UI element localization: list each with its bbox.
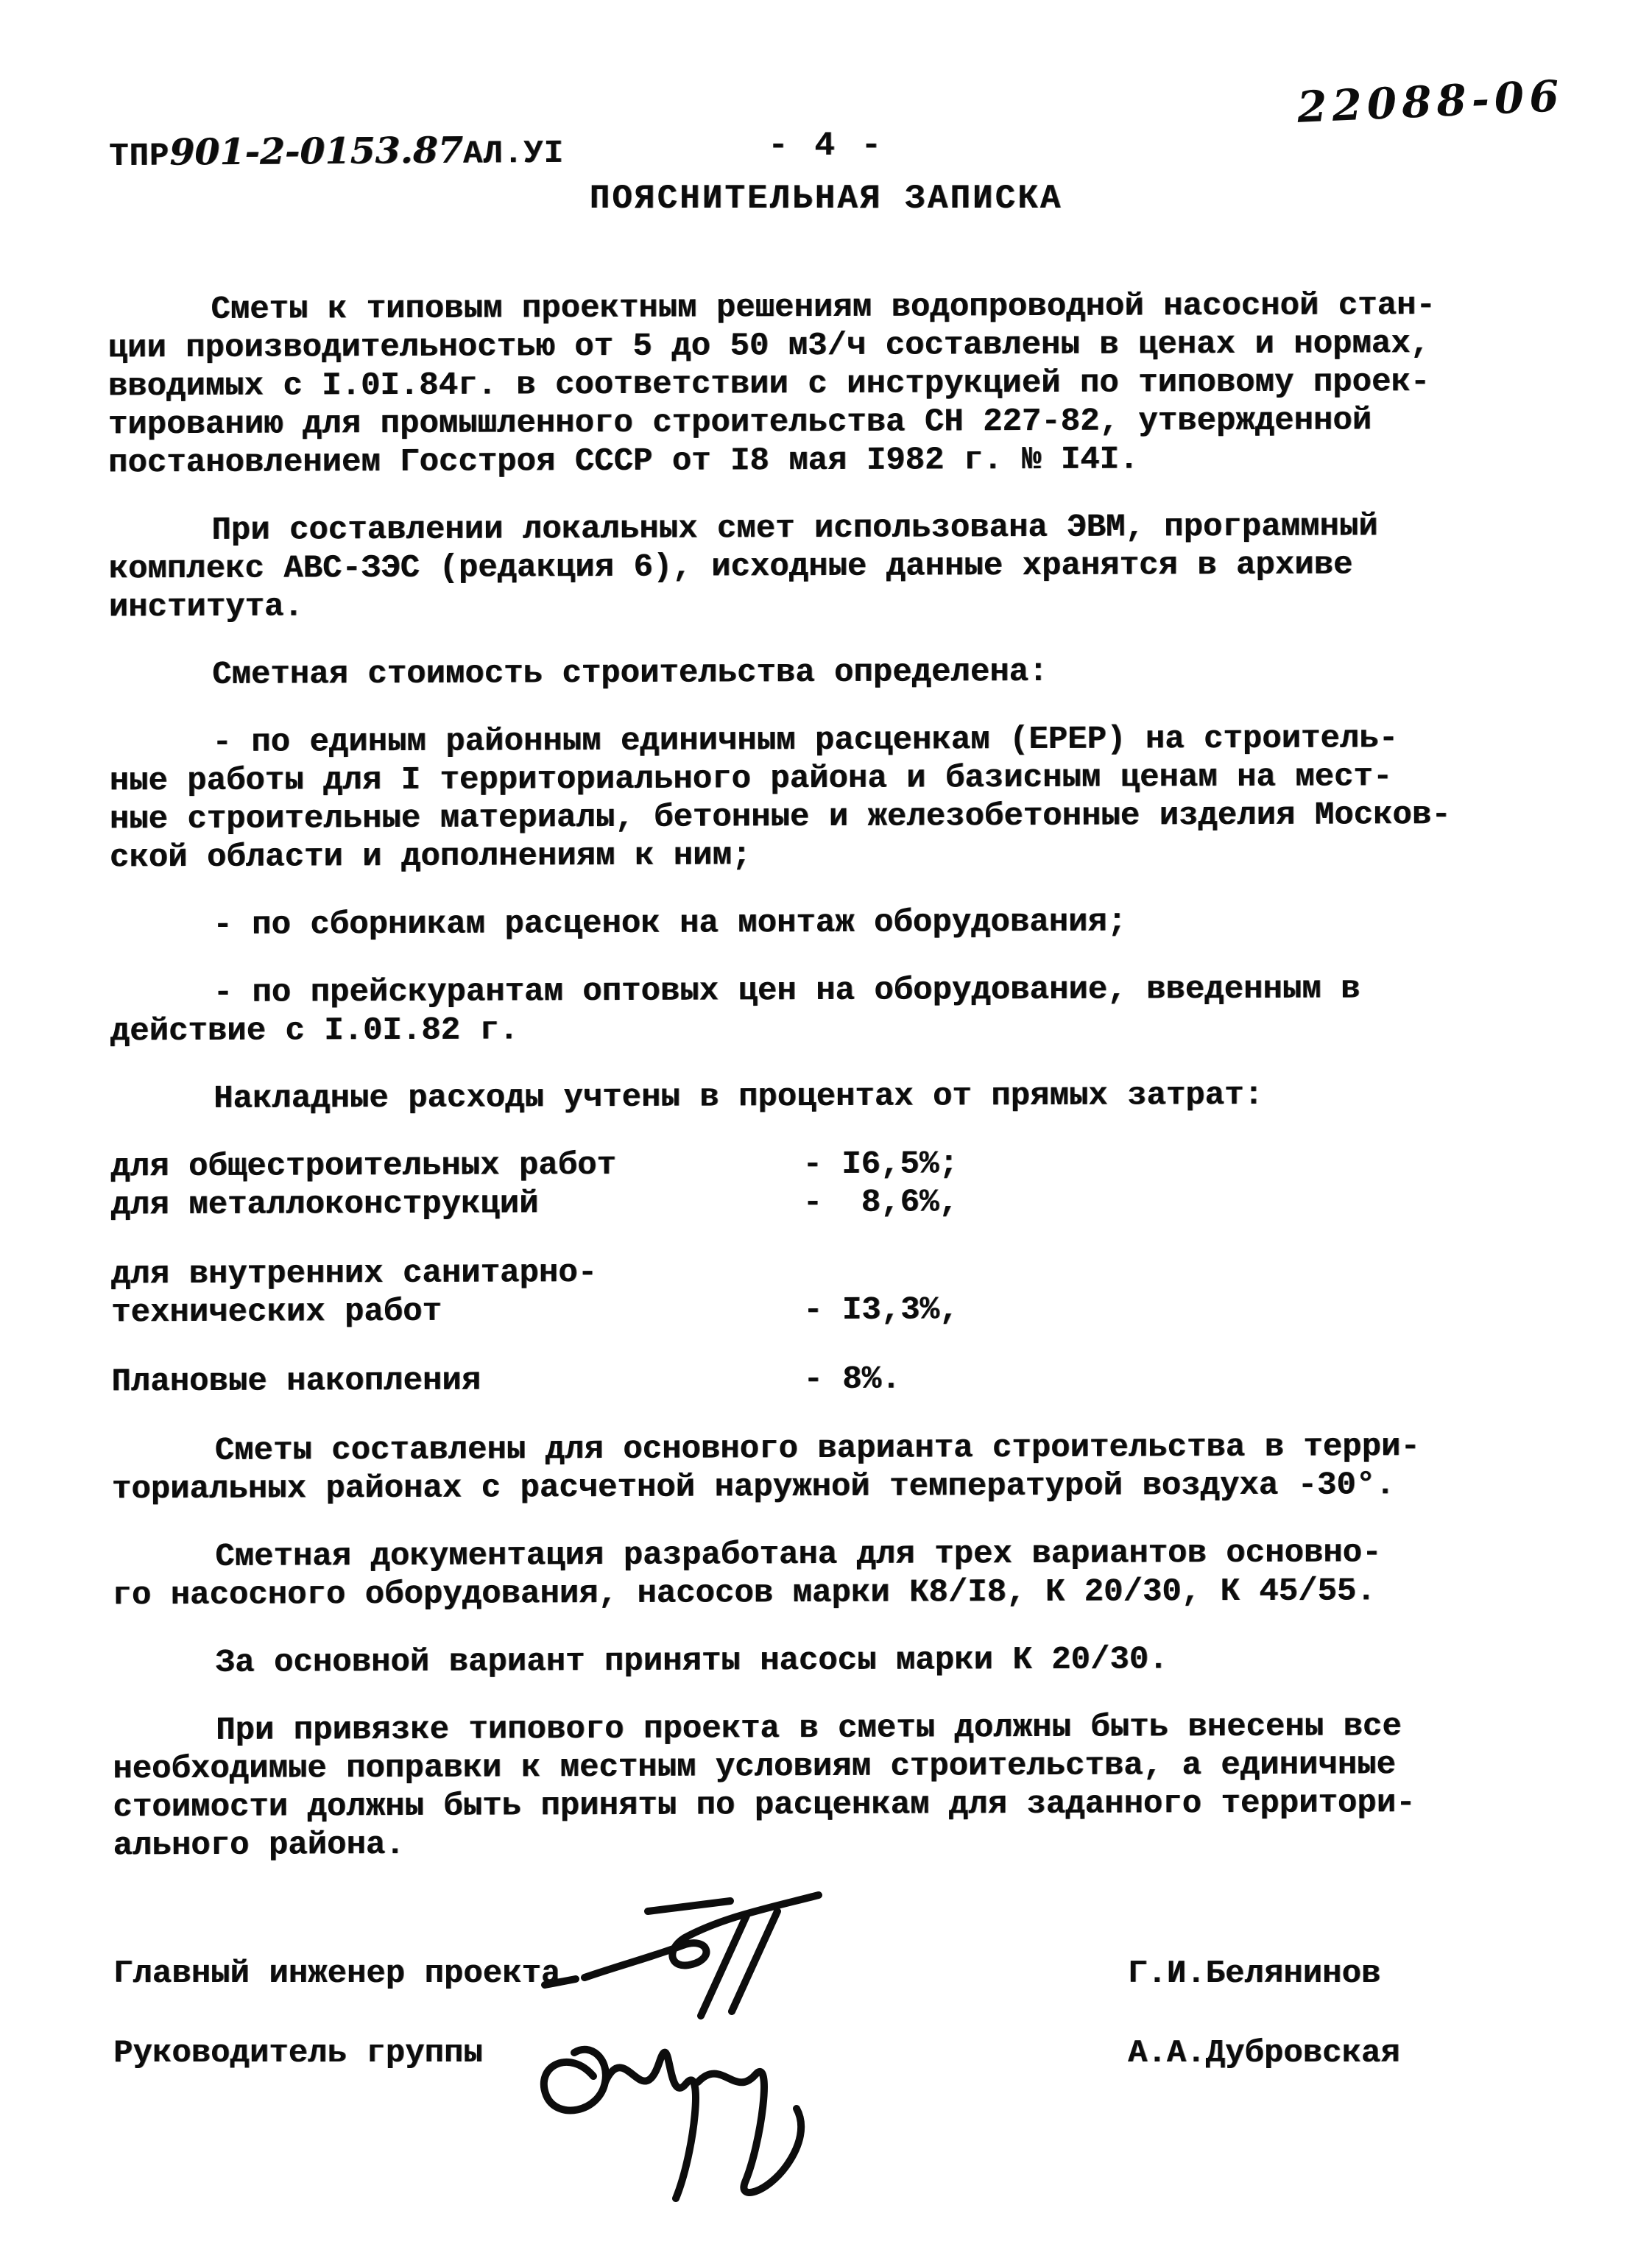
scanned-document-page: ТПР901-2-0153.87АЛ.УI - 4 - 22088-06 ПОЯ…: [0, 0, 1652, 2261]
paragraph-bullet-price-lists: - по прейскурантам оптовых цен на оборуд…: [110, 970, 1547, 1051]
rate-value: - I3,3%,: [803, 1291, 959, 1330]
overhead-rates-list: для общестроительных работ - I6,5%; для …: [110, 1143, 1548, 1402]
rate-label: для металлоконструкций: [110, 1184, 802, 1224]
paragraph-binding-corrections: При привязке типового проекта в сметы до…: [113, 1707, 1550, 1866]
paragraph-cost-determined: Сметная стоимость строительства определе…: [109, 652, 1546, 695]
document-body: Сметы к типовым проектным решениям водоп…: [107, 286, 1550, 1895]
rate-value: - 8%.: [803, 1361, 900, 1399]
rate-row-metal-structures: для металлоконструкций - 8,6%,: [110, 1182, 1547, 1225]
rate-row-sanitary-technical: для внутренних санитарно- технических ра…: [111, 1251, 1548, 1333]
paragraph-computer-evm: При составлении локальных смет использов…: [108, 507, 1546, 627]
rate-label: для общестроительных работ: [110, 1146, 802, 1186]
signature-row-group-leader: Руководитель группы А.А.Дубровская: [110, 2014, 1547, 2094]
signature-name: Г.И.Белянинов: [1128, 1955, 1380, 1992]
document-title: ПОЯСНИТЕЛЬНАЯ ЗАПИСКА: [0, 180, 1652, 218]
signature-scribble-group-leader: [523, 1988, 847, 2216]
paragraph-main-variant-territory: Сметы составлены для основного варианта …: [112, 1428, 1549, 1509]
page-number: - 4 -: [0, 127, 1652, 165]
signature-role: Руководитель группы: [113, 2035, 483, 2072]
paragraph-three-variants: Сметная документация разработана для тре…: [112, 1534, 1549, 1615]
signature-name: А.А.Дубровская: [1128, 2035, 1400, 2072]
rate-row-general-construction: для общестроительных работ - I6,5%;: [110, 1143, 1547, 1187]
rate-value: - I6,5%;: [802, 1145, 958, 1184]
paragraph-bullet-montazh: - по сборникам расценок на монтаж оборуд…: [110, 902, 1547, 945]
rate-label: Плановые накопления: [111, 1361, 803, 1401]
signature-role: Главный инженер проекта: [113, 1955, 560, 1992]
rate-row-planned-savings: Плановые накопления - 8%.: [111, 1358, 1548, 1402]
paragraph-overheads-intro: Накладные расходы учтены в процентах от …: [110, 1076, 1547, 1119]
signature-block: Главный инженер проекта Г.И.Белянинов Ру…: [110, 1935, 1547, 2094]
paragraph-estimates-intro: Сметы к типовым проектным решениям водоп…: [107, 286, 1545, 483]
rate-value: - 8,6%,: [802, 1183, 958, 1222]
rate-label: для внутренних санитарно- технических ра…: [111, 1253, 803, 1332]
paragraph-bullet-erer: - по единым районным единичным расценкам…: [109, 719, 1547, 878]
paragraph-accepted-pumps: За основной вариант приняты насосы марки…: [113, 1640, 1550, 1683]
handwritten-archive-number: 22088-06: [1296, 71, 1565, 133]
